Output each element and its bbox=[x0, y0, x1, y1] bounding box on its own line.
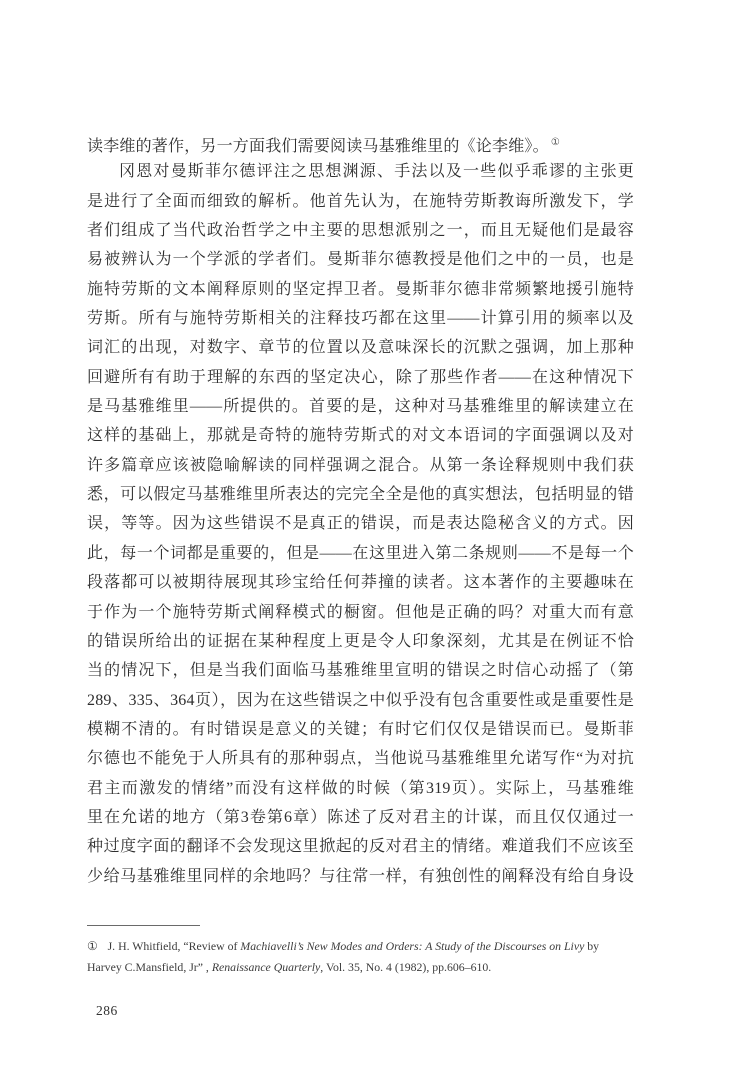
text-line: 读李维的著作，另一方面我们需要阅读马基雅维里的《论李维》。① bbox=[87, 128, 634, 157]
footnote-reference-mark: ① bbox=[551, 137, 560, 148]
text-line: 种过度字面的翻译不会发现这里掀起的反对君主的情绪。难道我们不应该至 bbox=[87, 832, 634, 861]
text-line: 劳斯。所有与施特劳斯相关的注释技巧都在这里——计算引用的频率以及 bbox=[87, 304, 634, 333]
text-line: 回避所有有助于理解的东西的坚定决心，除了那些作者——在这种情况下 bbox=[87, 363, 634, 392]
text-line: 此，每一个词都是重要的，但是——在这里进入第二条规则——不是每一个 bbox=[87, 539, 634, 568]
text-line: 许多篇章应该被隐喻解读的同样强调之混合。从第一条诠释规则中我们获 bbox=[87, 451, 634, 480]
text-line: 的错误所给出的证据在某种程度上更是令人印象深刻，尤其是在例证不恰 bbox=[87, 627, 634, 656]
text-line: 段落都可以被期待展现其珍宝给任何莽撞的读者。这本著作的主要趣味在 bbox=[87, 568, 634, 597]
text-line: 尔德也不能免于人所具有的那种弱点，当他说马基雅维里允诺写作“为对抗 bbox=[87, 744, 634, 773]
text-line: 少给马基雅维里同样的余地吗？与往常一样，有独创性的阐释没有给自身设 bbox=[87, 862, 634, 891]
text-line: 是进行了全面而细致的解析。他首先认为，在施特劳斯教诲所激发下，学 bbox=[87, 187, 634, 216]
text-line: 于作为一个施特劳斯式阐释模式的橱窗。但他是正确的吗？对重大而有意 bbox=[87, 598, 634, 627]
text-line: 易被辨认为一个学派的学者们。曼斯菲尔德教授是他们之中的一员，也是 bbox=[87, 245, 634, 274]
text-line: 模糊不清的。有时错误是意义的关键；有时它们仅仅是错误而已。曼斯菲 bbox=[87, 715, 634, 744]
text-line: 里在允诺的地方（第3卷第6章）陈述了反对君主的计谋，而且仅仅通过一 bbox=[87, 803, 634, 832]
footnote-marker: ① bbox=[87, 939, 98, 953]
book-page: { "body": { "footnote_ref": "①", "lines"… bbox=[0, 0, 750, 1087]
text-line: 施特劳斯的文本阐释原则的坚定捍卫者。曼斯菲尔德非常频繁地援引施特 bbox=[87, 275, 634, 304]
text-line: 这样的基础上，那就是奇特的施特劳斯式的对文本语词的字面强调以及对 bbox=[87, 421, 634, 450]
footnote-divider bbox=[87, 925, 200, 926]
text-line: 289、335、364页），因为在这些错误之中似乎没有包含重要性或是重要性是 bbox=[87, 686, 634, 715]
text-line: 是马基雅维里——所提供的。首要的是，这种对马基雅维里的解读建立在 bbox=[87, 392, 634, 421]
text-line: 者们组成了当代政治哲学之中主要的思想派别之一，而且无疑他们是最容 bbox=[87, 216, 634, 245]
footnote-book-title: Machiavelli’s New Modes and Orders: A St… bbox=[240, 939, 584, 953]
footnote-text: ①J. H. Whitfield, “Review of Machiavelli… bbox=[87, 936, 634, 977]
text-line: 当的情况下，但是当我们面临马基雅维里宣明的错误之时信心动摇了（第 bbox=[87, 656, 634, 685]
body-text: 读李维的著作，另一方面我们需要阅读马基雅维里的《论李维》。① 冈恩对曼斯菲尔德评… bbox=[87, 128, 634, 891]
footnote-journal-title: Renaissance Quarterly bbox=[212, 960, 320, 974]
text-line: 词汇的出现，对数字、章节的位置以及意味深长的沉默之强调，加上那种 bbox=[87, 333, 634, 362]
text-line: 悉，可以假定马基雅维里所表达的完完全全是他的真实想法，包括明显的错 bbox=[87, 480, 634, 509]
text-line: 误，等等。因为这些错误不是真正的错误，而是表达隐秘含义的方式。因 bbox=[87, 509, 634, 538]
footnote-citation-part: J. H. Whitfield, “Review of bbox=[108, 939, 241, 953]
text-line-content: 读李维的著作，另一方面我们需要阅读马基雅维里的《论李维》。 bbox=[87, 138, 549, 155]
text-line: 冈恩对曼斯菲尔德评注之思想渊源、手法以及一些似乎乖谬的主张更 bbox=[87, 157, 634, 186]
text-line: 君主而激发的情绪”而没有这样做的时候（第319页）。实际上，马基雅维 bbox=[87, 774, 634, 803]
page-number: 286 bbox=[96, 1003, 118, 1019]
footnote-citation-part: , Vol. 35, No. 4 (1982), pp.606–610. bbox=[320, 960, 491, 974]
footnote-section: ①J. H. Whitfield, “Review of Machiavelli… bbox=[87, 925, 634, 977]
